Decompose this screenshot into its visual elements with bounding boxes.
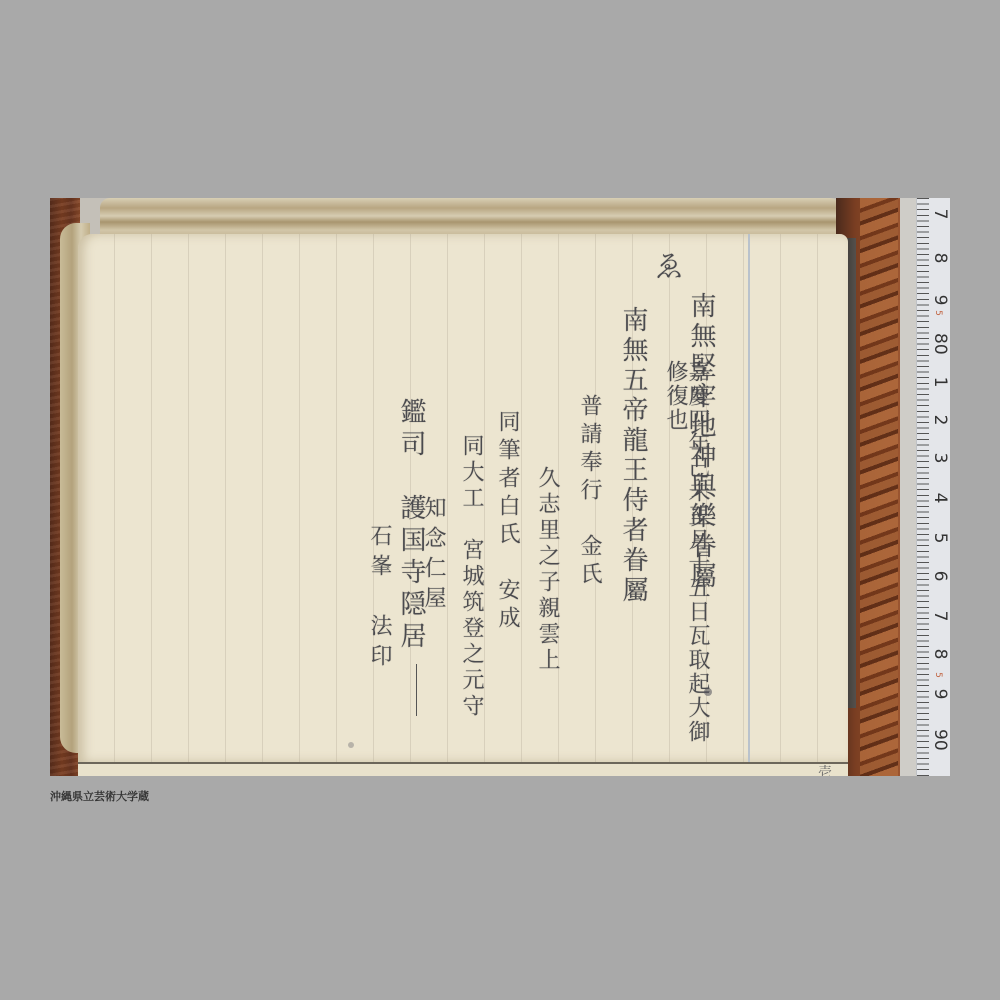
manuscript-column-9: 鑑司 護国寺隠居 xyxy=(398,398,424,654)
manuscript-column-2: 嘉慶四年己未正月十五日瓦取起大御修復也 xyxy=(664,360,708,762)
ruler-number: 6 xyxy=(930,567,950,585)
manuscript-column-6: 同筆者白氏 安成 xyxy=(496,410,518,634)
ruler-number: 5 xyxy=(930,529,950,547)
ruler-number: 7 xyxy=(930,607,950,625)
ruler-number: 9 xyxy=(930,685,950,703)
notebook-photo: ゑ 南無堅牢地神與樂眷屬 嘉慶四年己未正月十五日瓦取起大御修復也 南無五帝龍王侍… xyxy=(50,198,950,776)
ruler-number: 3 xyxy=(930,449,950,467)
page-corner-mark: 壱 xyxy=(818,762,832,776)
notebook-page: ゑ 南無堅牢地神與樂眷屬 嘉慶四年己未正月十五日瓦取起大御修復也 南無五帝龍王侍… xyxy=(78,234,848,762)
ruler-number: 80 xyxy=(930,333,950,351)
ruler-ticks xyxy=(917,198,929,776)
page-stack-top xyxy=(100,198,840,238)
ruler-red-mark: 5 xyxy=(933,304,943,322)
ink-stain xyxy=(704,688,712,696)
manuscript-column-3: 南無五帝龍王侍者眷屬 xyxy=(620,306,646,606)
ruler-number: 2 xyxy=(930,411,950,429)
ruler-red-mark: 5 xyxy=(933,666,943,684)
braided-leather-edge xyxy=(860,198,898,776)
hiragana-mark: ゑ xyxy=(650,250,680,284)
ruler-number: 90 xyxy=(930,729,950,747)
ink-stain xyxy=(348,742,354,748)
ruler-number: 1 xyxy=(930,373,950,391)
manuscript-column-10: 石峯 法印 xyxy=(368,524,390,674)
ruler-number: 4 xyxy=(930,489,950,507)
margin-line xyxy=(748,234,750,762)
ruler-number: 8 xyxy=(930,249,950,267)
ink-stroke xyxy=(416,664,417,716)
manuscript-column-4: 普請奉行 金氏 xyxy=(578,394,600,590)
manuscript-column-7: 同大工 宮城筑登之元守 xyxy=(460,434,482,720)
ruler-number: 8 xyxy=(930,645,950,663)
next-page-edge: 壱 xyxy=(78,762,848,776)
collection-credit: 沖縄県立芸術大学蔵 xyxy=(50,788,149,804)
ruler-shadow xyxy=(900,198,916,776)
ruler-number: 7 xyxy=(930,205,950,223)
measuring-ruler: 7 8 9 5 80 1 2 3 4 5 6 7 8 9 5 90 xyxy=(916,198,950,776)
manuscript-column-5: 久志里之子親雲上 xyxy=(536,466,558,674)
